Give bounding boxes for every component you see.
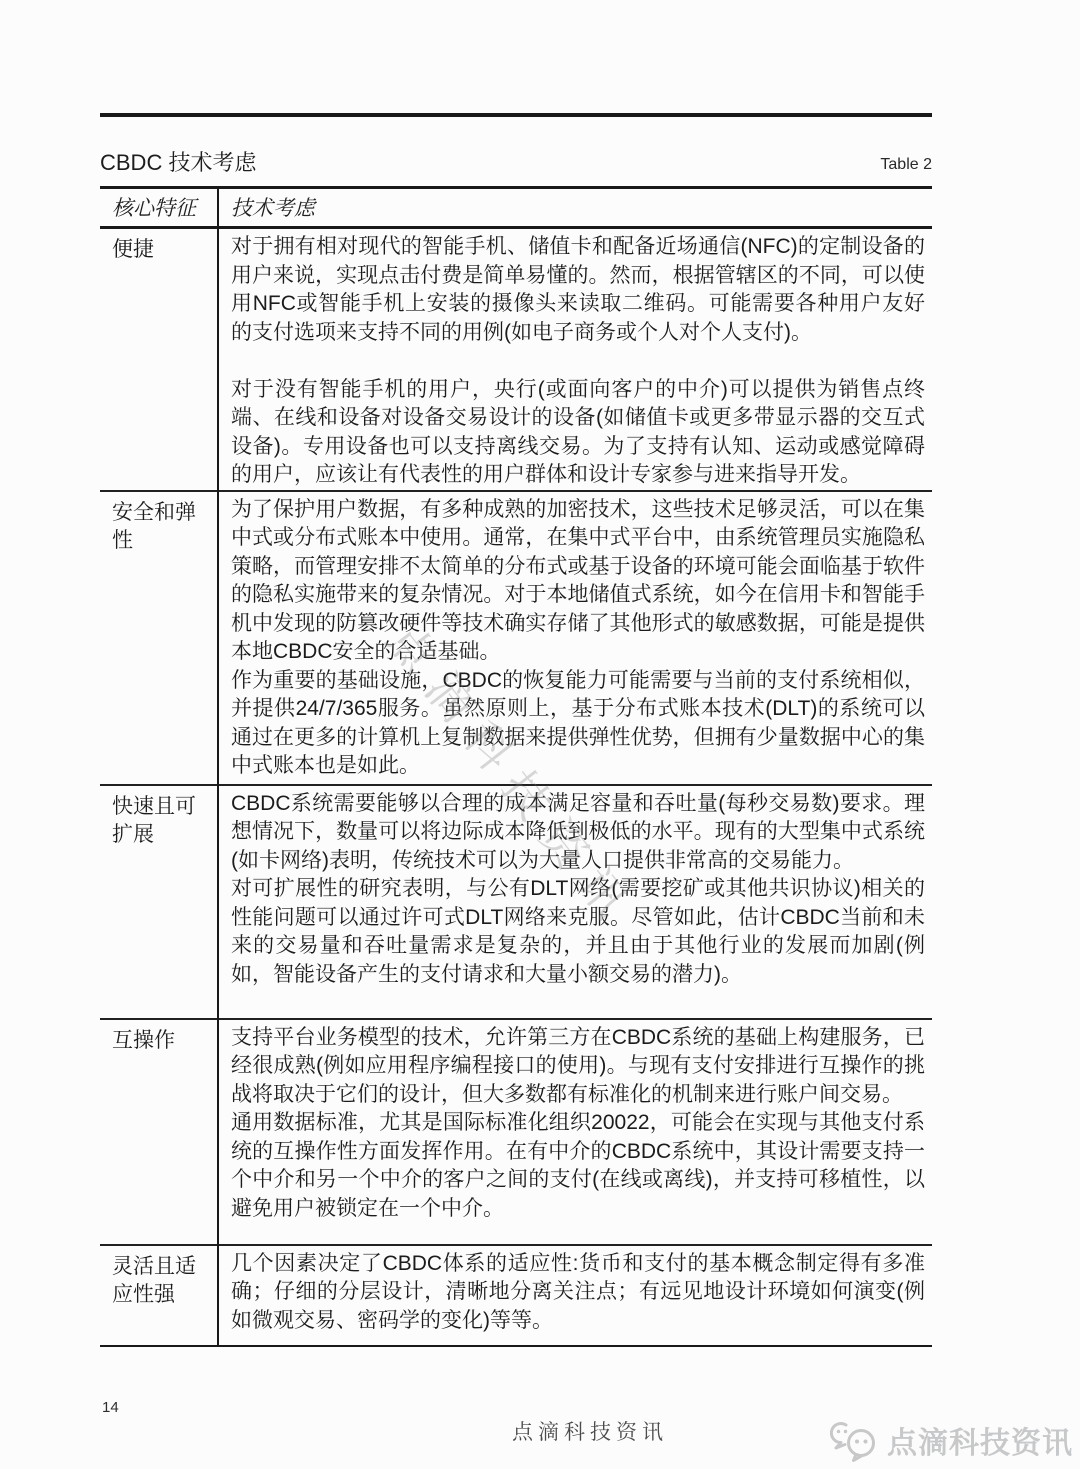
consideration-cell: CBDC系统需要能够以合理的成本满足容量和吞吐量(每秒交易数)要求。理想情况下，… xyxy=(218,785,932,1019)
footer-brand-text: 点滴科技资讯 xyxy=(512,1416,668,1446)
wechat-bubbles-icon xyxy=(830,1418,880,1462)
brand-logo: 点滴科技资讯 xyxy=(830,1418,1073,1462)
consideration-cell: 支持平台业务模型的技术，允许第三方在CBDC系统的基础上构建服务，已经很成熟(例… xyxy=(218,1019,932,1245)
feature-cell: 快速且可扩展 xyxy=(100,785,218,1019)
consideration-cell: 几个因素决定了CBDC体系的适应性:货币和支付的基本概念制定得有多准确；仔细的分… xyxy=(218,1245,932,1346)
paragraph: CBDC系统需要能够以合理的成本满足容量和吞吐量(每秒交易数)要求。理想情况下，… xyxy=(231,790,925,876)
paragraph: 作为重要的基础设施，CBDC的恢复能力可能需要与当前的支付系统相似，并提供24/… xyxy=(231,667,925,781)
feature-cell: 便捷 xyxy=(100,228,218,491)
consideration-cell: 对于拥有相对现代的智能手机、储值卡和配备近场通信(NFC)的定制设备的用户来说，… xyxy=(218,228,932,491)
paragraph: 支持平台业务模型的技术，允许第三方在CBDC系统的基础上构建服务，已经很成熟(例… xyxy=(231,1024,925,1110)
table-title-row: CBDC 技术考虑 Table 2 xyxy=(100,146,932,177)
top-horizontal-rule xyxy=(100,113,932,117)
feature-cell: 互操作 xyxy=(100,1019,218,1245)
consideration-cell: 为了保护用户数据，有多种成熟的加密技术，这些技术足够灵活，可以在集中式或分布式账… xyxy=(218,491,932,785)
table-number-label: Table 2 xyxy=(880,156,932,177)
table-row-convenient: 便捷 对于拥有相对现代的智能手机、储值卡和配备近场通信(NFC)的定制设备的用户… xyxy=(100,228,932,491)
feature-cell: 安全和弹性 xyxy=(100,491,218,785)
table-row-flexible-adaptable: 灵活且适应性强 几个因素决定了CBDC体系的适应性:货币和支付的基本概念制定得有… xyxy=(100,1245,932,1346)
document-page: CBDC 技术考虑 Table 2 核心特征 技术考虑 便捷 对于拥有相对现代的… xyxy=(0,0,1080,1469)
table-row-secure-resilient: 安全和弹性 为了保护用户数据，有多种成熟的加密技术，这些技术足够灵活，可以在集中… xyxy=(100,491,932,785)
table-header-row: 核心特征 技术考虑 xyxy=(100,188,932,228)
feature-cell: 灵活且适应性强 xyxy=(100,1245,218,1346)
page-number: 14 xyxy=(102,1399,119,1416)
col-header-core-feature: 核心特征 xyxy=(100,188,218,228)
paragraph: 对于没有智能手机的用户，央行(或面向客户的中介)可以提供为销售点终端、在线和设备… xyxy=(231,376,925,490)
paragraph: 对可扩展性的研究表明，与公有DLT网络(需要挖矿或其他共识协议)相关的性能问题可… xyxy=(231,875,925,989)
paragraph: 对于拥有相对现代的智能手机、储值卡和配备近场通信(NFC)的定制设备的用户来说，… xyxy=(231,233,925,347)
col-header-tech-consideration: 技术考虑 xyxy=(218,188,932,228)
cbdc-considerations-table: 核心特征 技术考虑 便捷 对于拥有相对现代的智能手机、储值卡和配备近场通信(NF… xyxy=(100,186,932,1347)
paragraph: 通用数据标准，尤其是国际标准化组织20022，可能会在实现与其他支付系统的互操作… xyxy=(231,1109,925,1223)
paragraph: 几个因素决定了CBDC体系的适应性:货币和支付的基本概念制定得有多准确；仔细的分… xyxy=(231,1250,925,1336)
brand-logo-text: 点滴科技资讯 xyxy=(887,1418,1073,1462)
table-row-interoperable: 互操作 支持平台业务模型的技术，允许第三方在CBDC系统的基础上构建服务，已经很… xyxy=(100,1019,932,1245)
table-row-fast-scalable: 快速且可扩展 CBDC系统需要能够以合理的成本满足容量和吞吐量(每秒交易数)要求… xyxy=(100,785,932,1019)
paragraph: 为了保护用户数据，有多种成熟的加密技术，这些技术足够灵活，可以在集中式或分布式账… xyxy=(231,496,925,667)
table-title: CBDC 技术考虑 xyxy=(100,146,256,177)
